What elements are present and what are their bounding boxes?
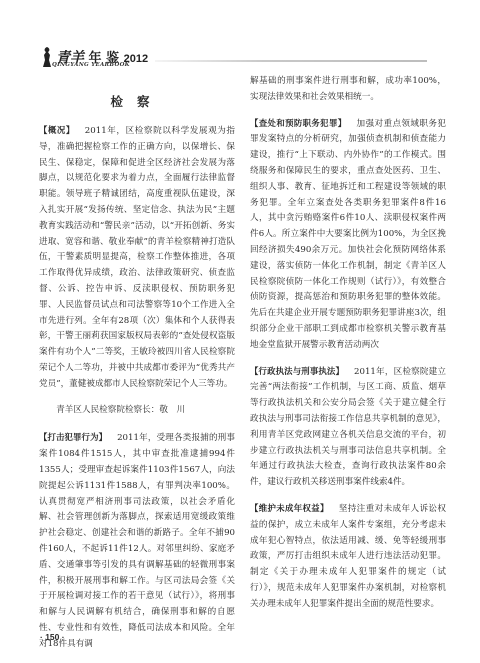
section-text: 2011年，受理各类报捕的刑事案件1084件1515人，其中审查批准逮捕994件… <box>39 433 235 648</box>
page-title: 检察 <box>39 94 235 110</box>
section-text: 解基础的刑事案件进行刑事和解，成功率100%，实现法律效果和社会效果相统一。 <box>250 74 446 106</box>
section-overview: 【概况】2011年，区检察院以科学发展观为指导，准确把握检察工作的正确方向，以保… <box>39 123 235 393</box>
section-keyword: 【概况】 <box>39 125 75 135</box>
signature-line: 青羊区人民检察院检察长：敬 川 <box>39 403 235 419</box>
section-text: 加强对重点领域职务犯罪发案特点的分析研究，加强侦查机制和侦查能力建设，推行“上下… <box>250 119 446 350</box>
section-keyword: 【维护未成年权益】 <box>250 503 329 513</box>
logo-english: QINGYANG YEARBOOK <box>52 62 130 68</box>
section-minors: 【维护未成年权益】坚持注重对未成年人诉讼权益的保护，成立未成年人案件专案组，充分… <box>250 501 446 613</box>
logo-figure-icon <box>42 46 52 68</box>
section-duty-crime: 【查处和预防职务犯罪】加强对重点领域职务犯罪发案特点的分析研究，加强侦查机制和侦… <box>250 116 446 354</box>
section-keyword: 【打击犯罪行为】 <box>39 432 107 442</box>
right-column: 解基础的刑事案件进行刑事和解，成功率100%，实现法律效果和社会效果相统一。 【… <box>250 74 446 623</box>
section-text: 2011年，区检察院以科学发展观为指导，准确把握检察工作的正确方向，以保增长、保… <box>39 126 235 389</box>
page-number: · 150 · <box>40 632 65 642</box>
section-crime: 【打击犯罪行为】2011年，受理各类报捕的刑事案件1084件1515人，其中审查… <box>39 430 235 652</box>
continuation-paragraph: 解基础的刑事案件进行刑事和解，成功率100%，实现法律效果和社会效果相统一。 <box>250 74 446 106</box>
section-keyword: 【行政执法与刑事执法】 <box>250 366 344 376</box>
section-keyword: 【查处和预防职务犯罪】 <box>250 118 346 128</box>
header-divider <box>155 60 427 62</box>
section-admin-law: 【行政执法与刑事执法】2011年，区检察院建立完善“两法衔接”工作机制，与区工商… <box>250 364 446 491</box>
section-text: 2011年，区检察院建立完善“两法衔接”工作机制，与区工商、质监、烟草等行政执法… <box>250 367 446 488</box>
yearbook-header: 青羊 年 鉴 2012 QINGYANG YEARBOOK <box>38 44 458 74</box>
left-column: 检察 【概况】2011年，区检察院以科学发展观为指导，准确把握检察工作的正确方向… <box>39 94 235 663</box>
section-text: 坚持注重对未成年人诉讼权益的保护，成立未成年人案件专案组，充分考虑未成年犯心智特… <box>250 504 446 609</box>
